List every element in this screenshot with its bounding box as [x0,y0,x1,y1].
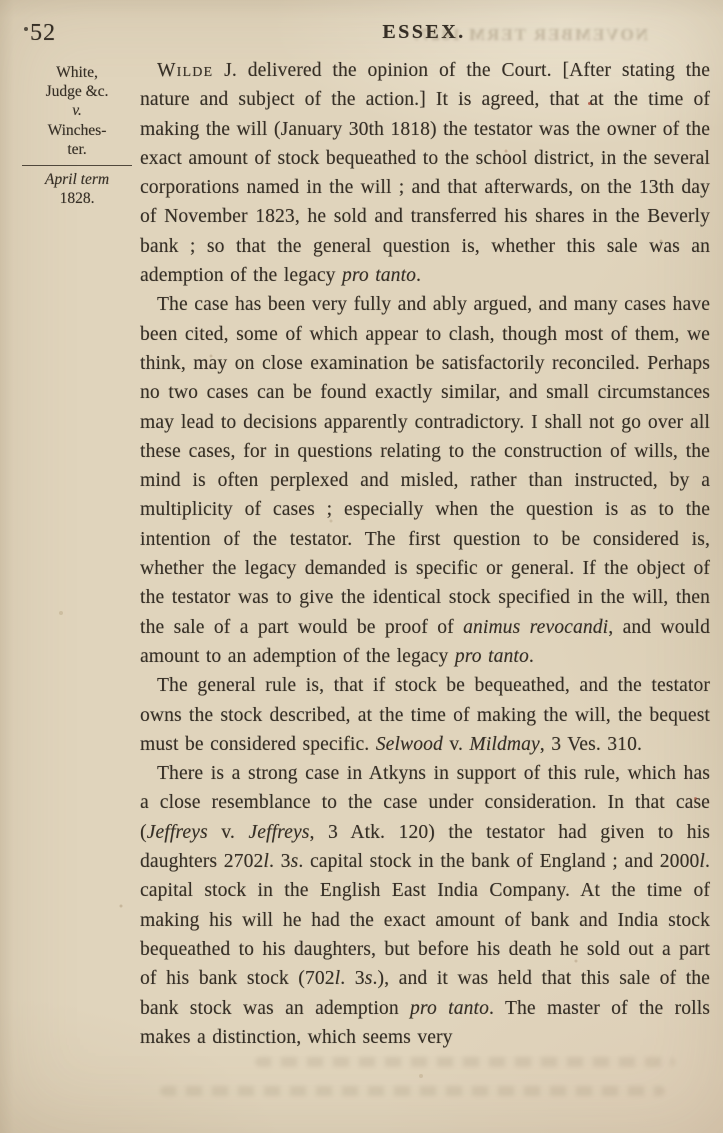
margin-term-line: April term [20,170,134,189]
margin-case-line: Winches- [20,121,134,140]
text-segment: v. [208,822,249,843]
ink-speck [694,797,697,800]
paragraph-2: The case has been very fully and ably ar… [140,290,710,671]
text-segment: . capital stock in the bank of England ;… [298,851,699,872]
text-segment: J. delivered the opinion of the Court. [… [140,60,710,286]
margin-case-line: White, [20,63,134,82]
margin-case-lines: White,Judge &c.v.Winches-ter. [20,63,134,159]
margin-rule [22,165,132,166]
text-segment: Jeffreys [147,822,208,843]
text-segment: . [416,265,421,286]
text-segment: pro tanto [455,646,529,667]
paragraph-1: Wilde J. delivered the opinion of the Co… [140,56,710,290]
text-segment: Wilde [157,60,213,81]
margin-term-line: 1828. [20,189,134,208]
text-segment: . 3 [269,851,291,872]
scanned-book-page: 52 ESSEX. NOVEMBER TERM 1827. White,Judg… [0,0,723,1133]
margin-term-lines: April term1828. [20,170,134,208]
margin-case-line: v. [20,101,134,120]
text-segment: v. [443,734,470,755]
paragraph-4: There is a strong case in Atkyns in supp… [140,759,710,1052]
text-segment: animus revocandi [463,617,608,638]
margin-case-line: Judge &c. [20,82,134,101]
text-segment: . 3 [340,968,364,989]
paragraph-3: The general rule is, that if stock be be… [140,671,710,759]
body-text: Wilde J. delivered the opinion of the Co… [140,56,710,1052]
paper-texture-specks [0,0,2,2]
show-through-header: NOVEMBER TERM 1827. [438,25,648,45]
text-segment: Selwood [376,734,443,755]
show-through-smudge [255,1057,675,1067]
text-segment: , 3 Ves. 310. [540,734,642,755]
text-segment: Jeffreys [248,822,309,843]
ink-speck [588,102,591,105]
page-number: 52 [30,20,56,47]
text-segment: Mildmay [469,734,539,755]
ink-speck [24,27,28,31]
margin-case-line: ter. [20,140,134,159]
margin-note: White,Judge &c.v.Winches-ter. April term… [20,63,134,208]
text-segment: The case has been very fully and ably ar… [140,294,710,637]
text-segment: pro tanto [342,265,416,286]
text-segment: . [529,646,534,667]
show-through-smudge [160,1086,665,1096]
text-segment: pro tanto [410,998,489,1019]
